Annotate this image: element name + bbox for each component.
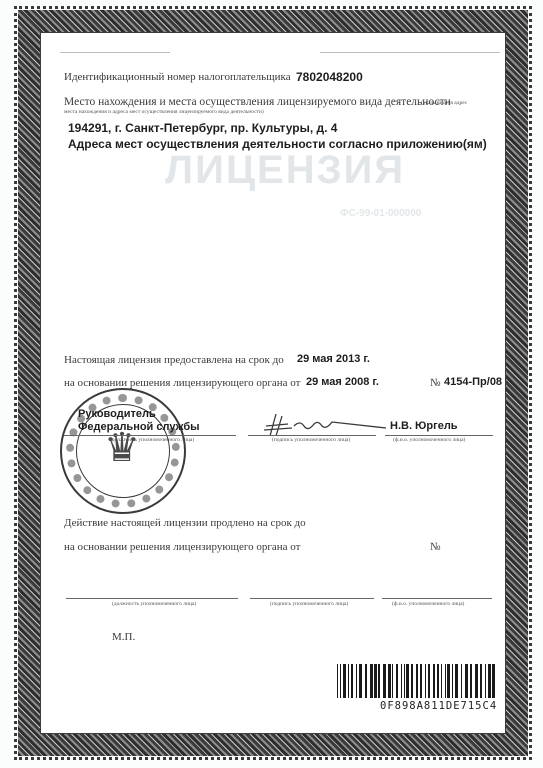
barcode [337, 664, 497, 698]
address-line-1: 194291, г. Санкт-Петербург, пр. Культуры… [68, 121, 337, 135]
address-line-2: Адреса мест осуществления деятельности с… [68, 137, 487, 151]
name-caption: (ф.и.о. уполномоченного лица) [393, 437, 465, 443]
position-line [64, 435, 236, 436]
extension-name-caption: (ф.и.о. уполномоченного лица) [392, 601, 464, 607]
bleed-through-title: ЛИЦЕНЗИЯ [165, 148, 405, 193]
signer-name: Н.В. Юргель [390, 420, 458, 432]
stamp-place: М.П. [112, 631, 135, 643]
inn-label: Идентификационный номер налогоплательщик… [64, 71, 291, 83]
license-document: ЛИЦЕНЗИЯ ФС-99-01-000000 Идентификационн… [0, 0, 543, 768]
basis-date: 29 мая 2008 г. [306, 376, 379, 388]
number-sign: № [430, 377, 441, 389]
term-label: Настоящая лицензия предоставлена на срок… [64, 354, 284, 366]
location-hint: (указываются адрес [421, 100, 467, 106]
license-number: 4154-Пр/08 [444, 376, 502, 388]
extension-signature-caption: (подпись уполномоченного лица) [270, 601, 348, 607]
top-rule [60, 52, 170, 53]
top-rule [320, 52, 500, 53]
position-line-2: Федеральной службы [78, 421, 200, 433]
double-headed-eagle-icon: ♛ [104, 428, 140, 468]
position-caption: (должность уполномоченного лица) [110, 437, 194, 443]
signature [258, 410, 388, 438]
name-line [385, 435, 493, 436]
extension-signature-line [250, 598, 374, 599]
official-seal: ♛ [60, 388, 186, 514]
extension-label: Действие настоящей лицензии продлено на … [64, 517, 306, 529]
barcode-text: 0F898A811DE715C4 [380, 700, 497, 712]
extension-number-sign: № [430, 541, 441, 553]
extension-position-caption: (должность уполномоченного лица) [112, 601, 196, 607]
inn-value: 7802048200 [296, 70, 363, 84]
bleed-through-text: ФС-99-01-000000 [340, 208, 421, 219]
basis-label: на основании решения лицензирующего орга… [64, 377, 300, 389]
term-value: 29 мая 2013 г. [297, 353, 370, 365]
location-label: Место нахождения и места осуществления л… [64, 96, 451, 108]
signature-caption: (подпись уполномоченного лица) [272, 437, 350, 443]
signature-line [248, 435, 376, 436]
extension-basis-label: на основании решения лицензирующего орга… [64, 541, 300, 553]
extension-position-line [66, 598, 238, 599]
location-hint-2: места нахождения и адреса мест осуществл… [64, 109, 264, 115]
position-line-1: Руководитель [78, 408, 156, 420]
extension-name-line [382, 598, 492, 599]
